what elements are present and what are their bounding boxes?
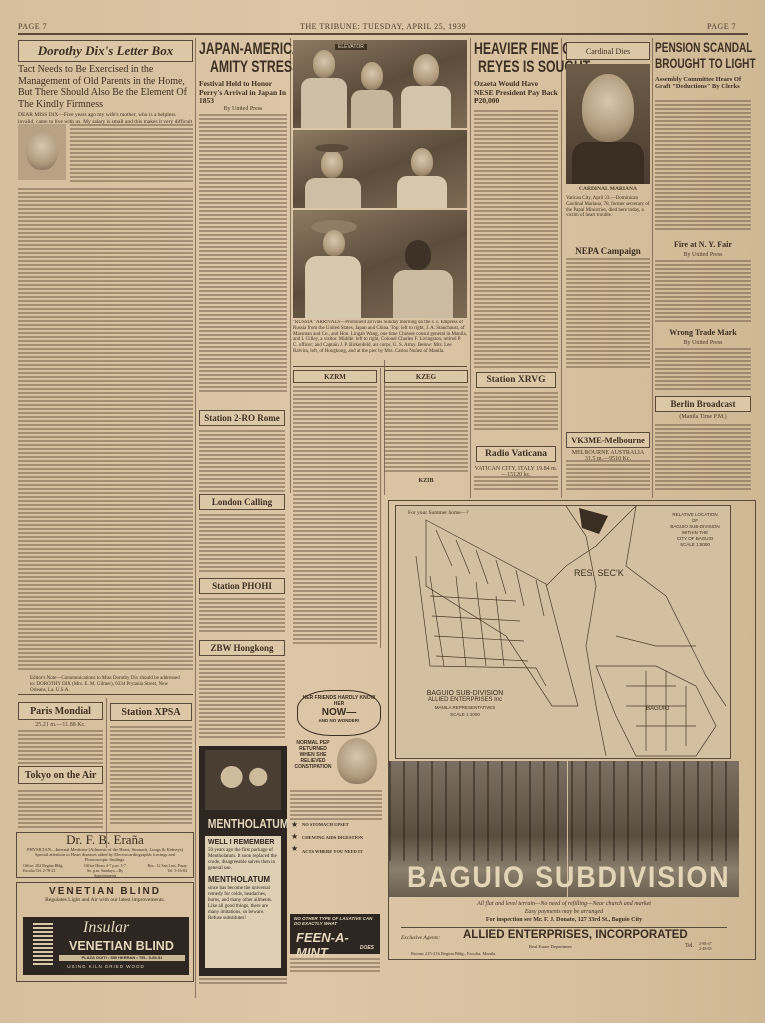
paris-mondial-schedule [18, 730, 103, 764]
masthead-rule [18, 33, 748, 35]
building-illustration [33, 923, 53, 965]
kzrm-schedule [293, 386, 377, 646]
benefit-1: NO STOMACH UPSET [290, 822, 382, 827]
baguio-line-2: Easy payments may be arranged [389, 909, 739, 916]
mentholatum-text: 50 years ago the first package of Mentho… [208, 848, 278, 872]
cardinal-caption: CARDINAL MARIANA [566, 186, 650, 192]
station-box-tokyo: Tokyo on the Air [18, 766, 103, 784]
tel-number: 2-48-65 [699, 946, 712, 951]
station-box-phohi: Station PHOHI [199, 578, 285, 594]
fire-title: Fire at N. Y. Fair [655, 240, 751, 249]
japan-body [199, 114, 287, 392]
feen-a-mint-intro [290, 790, 382, 820]
column-rule [561, 38, 562, 498]
map-title-line: BAGUIO SUB-DIVISION [410, 690, 520, 697]
japan-headline-1: JAPAN-AMERICA [199, 40, 301, 57]
tel-label: Tel. [685, 943, 694, 950]
station-box-radio-vaticana: Radio Vaticana [476, 446, 556, 462]
fire-body [655, 260, 751, 322]
rome-schedule [199, 430, 285, 492]
bubble-line-3: AND NO WONDER! [298, 718, 380, 723]
station-box-xrvg: Station XRVG [476, 372, 556, 388]
insular-address: PLAZA GOITI • 559 HERRAN • TEL. 5-65-51 [59, 955, 185, 961]
mentholatum-brand-2: MENTHOLATUM [208, 875, 278, 884]
cardinal-text: Vatican City, April 23.—Dominican Cardin… [566, 196, 650, 219]
legend-line: SCALE 1:5000 [660, 542, 730, 548]
station-box-kzrm: KZRM [293, 370, 377, 383]
mentholatum-fineprint [199, 978, 287, 986]
station-box-london: London Calling [199, 494, 285, 510]
elevator-sign: ELEVATOR [335, 44, 367, 50]
fire-byline: By United Press [655, 252, 751, 258]
japan-byline: By United Press [199, 106, 287, 112]
berlin-schedule [655, 424, 751, 492]
feen-a-mint-banner-line-3: DOES [360, 945, 374, 951]
cardinal-portrait [566, 64, 650, 184]
tokyo-schedule [18, 790, 103, 828]
mentholatum-brand: MENTHOLATUM [208, 816, 278, 831]
mentholatum-text-2: since has become the universal remedy fo… [208, 886, 278, 922]
station-box-xpsa: Station XPSA [110, 703, 192, 721]
subdivision-map: For your Summer home—? [395, 505, 731, 759]
baguio-line-3: For inspection see Mr. F. J. Donato, 127… [389, 917, 739, 924]
phohi-schedule [199, 598, 285, 632]
station-box-berlin: Berlin Broadcast [655, 396, 751, 412]
pension-body [655, 100, 751, 232]
baguio-photo: BAGUIO SUBDIVISION [389, 761, 739, 897]
star-icon: ★ [291, 820, 298, 829]
photo-bottom [293, 210, 467, 318]
feen-a-mint-copy: NO STOMACH UPSET CHEWING AIDS DIGESTION … [290, 790, 382, 890]
station-box-2ro-rome: Station 2-RO Rome [199, 410, 285, 426]
mentholatum-ad: MENTHOLATUM WELL I REMEMBER 50 years ago… [199, 746, 287, 976]
page-number-right: PAGE 7 [707, 22, 736, 31]
benefit-3: ACTS WHERE YOU NEED IT [290, 849, 382, 854]
feen-a-mint-side-copy: NORMAL PEP RETURNED WHEN SHE RELIEVED CO… [293, 740, 333, 770]
dorothy-dix-portrait [18, 124, 66, 180]
reyes-body [474, 110, 558, 368]
mentholatum-copy-box: WELL I REMEMBER 50 years ago the first p… [205, 836, 281, 968]
pension-headline-2: BROUGHT TO LIGHT [655, 56, 756, 70]
kzib-title: KZIB [384, 478, 468, 484]
allied-enterprises-name: ALLIED ENTERPRISES, INCORPORATED [463, 929, 688, 941]
nepa-title: NEPA Campaign [566, 246, 650, 256]
feen-a-mint-formula [290, 958, 380, 974]
photo-caption: "RUSSIA" ARRIVALS—Prominent arrivals Sun… [293, 320, 467, 366]
reyes-headline-1: HEAVIER FINE ON [474, 40, 581, 57]
relative-location-legend: RELATIVE LOCATION OF BAGUIO SUB-DIVISION… [660, 512, 730, 548]
feen-a-mint-banner: NO OTHER TYPE OF LAXATIVE CAN DO EXACTLY… [290, 914, 380, 954]
pension-headline-1: PENSION SCANDAL [655, 40, 752, 54]
feen-a-mint-banner-line-1: NO OTHER TYPE OF LAXATIVE CAN DO EXACTLY… [294, 916, 376, 926]
baguio-city-label: BAGUIO [646, 706, 669, 712]
insular-script: Insular [83, 919, 129, 937]
london-schedule [199, 514, 285, 574]
baguio-subdivision-banner: BAGUIO SUBDIVISION [407, 861, 704, 895]
column-rule [470, 38, 471, 498]
pension-subhead: Assembly Committee Hears Of Graft "Deduc… [655, 76, 751, 91]
mentholatum-illustration [205, 750, 281, 810]
column-rule [652, 38, 653, 498]
baguio-line-1: All flat and level terrain—No need of re… [389, 901, 739, 908]
map-title-block: BAGUIO SUB-DIVISION ALLIED ENTERPRISES I… [410, 690, 520, 718]
venetian-blind-ad: VENETIAN BLIND Regulates Light and Air w… [16, 882, 194, 982]
section-rule [18, 694, 193, 695]
station-box-zbw-hongkong: ZBW Hongkong [199, 640, 285, 656]
station-box-kzeg: KZEG [384, 370, 468, 383]
feen-a-mint-illustration: HER FRIENDS HARDLY KNOW HER NOW— AND NO … [293, 690, 385, 790]
vaticana-schedule [474, 476, 558, 492]
dr-erana-hours: Office Hours 4-7 p.m. 3-7 Sa. p.m. Sunda… [83, 864, 128, 878]
trade-mark-byline: By United Press [655, 340, 751, 346]
real-estate-dept: Real Estate Department [529, 944, 572, 949]
japan-subhead: Festival Held to Honor Perry's Arrival i… [199, 80, 287, 106]
star-icon: ★ [291, 832, 298, 841]
map-title-line: ALLIED ENTERPRISES Inc [410, 697, 520, 704]
mentholatum-headline: WELL I REMEMBER [208, 839, 278, 846]
photo-middle [293, 130, 467, 208]
map-title-line: MANILA REPRESENTATIVES [410, 704, 520, 711]
res-seck-label: RES. SEC'K [574, 568, 624, 578]
editors-note: Editor's Note—Communications to Miss Dor… [30, 676, 185, 694]
bubble-line-1: HER FRIENDS HARDLY KNOW HER [298, 695, 380, 707]
tel-numbers: 2-88-47 2-48-65 [699, 941, 712, 951]
station-box-paris-mondial: Paris Mondial [18, 702, 103, 720]
zbw-schedule [199, 660, 285, 740]
allied-address: Rooms 215-216 Regina Bldg., Escolta, Man… [411, 951, 496, 956]
photo-top: ELEVATOR [293, 40, 467, 128]
venetian-blind-title: VENETIAN BLIND [17, 886, 193, 897]
dr-erana-residence: Res.: 12 San Luis, Pasay Tel. 5-16-84 [142, 864, 187, 878]
trade-mark-title: Wrong Trade Mark [655, 328, 751, 337]
column-rule [106, 698, 107, 848]
baguio-subdivision-ad: For your Summer home—? [388, 500, 756, 960]
section-rule [293, 366, 467, 367]
dr-erana-name: Dr. F. B. Eraña [17, 833, 193, 847]
xpsa-schedule [110, 726, 192, 826]
cardinal-box-title: Cardinal Dies [566, 42, 650, 60]
column-rule [380, 368, 381, 648]
column-rule [195, 38, 196, 998]
insular-banner: Insular VENETIAN BLIND PLAZA GOITI • 559… [23, 917, 189, 975]
station-box-vk3me: VK3ME-Melbourne [566, 432, 650, 448]
masthead-title: THE TRIBUNE: TUESDAY, APRIL 25, 1939 [300, 22, 466, 31]
page-number-left: PAGE 7 [18, 22, 47, 31]
insular-brand: VENETIAN BLIND [69, 939, 174, 953]
trade-mark-body [655, 348, 751, 390]
dorothy-dix-headline: Tact Needs to Be Exercised in the Manage… [18, 64, 193, 110]
nepa-body [566, 258, 650, 368]
newspaper-page: PAGE 7 THE TRIBUNE: TUESDAY, APRIL 25, 1… [0, 0, 765, 1023]
insular-footer: USING KILN DRIED WOOD [23, 964, 189, 969]
dr-erana-note: Special attention to Heart diseases aide… [17, 852, 193, 862]
dr-erana-card: Dr. F. B. Eraña PHYSICIAN—Internal Medic… [16, 832, 194, 878]
column-rule [290, 38, 291, 493]
xrvg-schedule [474, 392, 558, 432]
dorothy-dix-body-continued [18, 188, 193, 670]
dorothy-dix-body [70, 124, 193, 184]
paris-mondial-frequency: 25.21 m.—11.88 Kc. [18, 722, 103, 728]
thought-bubble: HER FRIENDS HARDLY KNOW HER NOW— AND NO … [297, 690, 381, 736]
kzeg-schedule [384, 386, 468, 474]
dr-erana-office: Office: 202 Regina Bldg. Escolta Tel. 2-… [23, 864, 68, 878]
reyes-subhead: Ozaeta Would Have NESE President Pay Bac… [474, 80, 558, 106]
vk3me-schedule [566, 460, 650, 492]
star-icon: ★ [291, 844, 298, 853]
bubble-line-2: NOW— [298, 707, 380, 718]
venetian-blind-tagline: Regulates Light and Air with our latest … [17, 897, 193, 904]
map-title-line: SCALE 1:1000 [410, 711, 520, 718]
dorothy-dix-banner: Dorothy Dix's Letter Box [18, 40, 193, 62]
benefit-2: CHEWING AIDS DIGESTION [290, 835, 382, 840]
exclusive-agents-label: Exclusive Agents: [401, 935, 440, 942]
berlin-frequency: (Manila Time P.M.) [655, 414, 751, 420]
